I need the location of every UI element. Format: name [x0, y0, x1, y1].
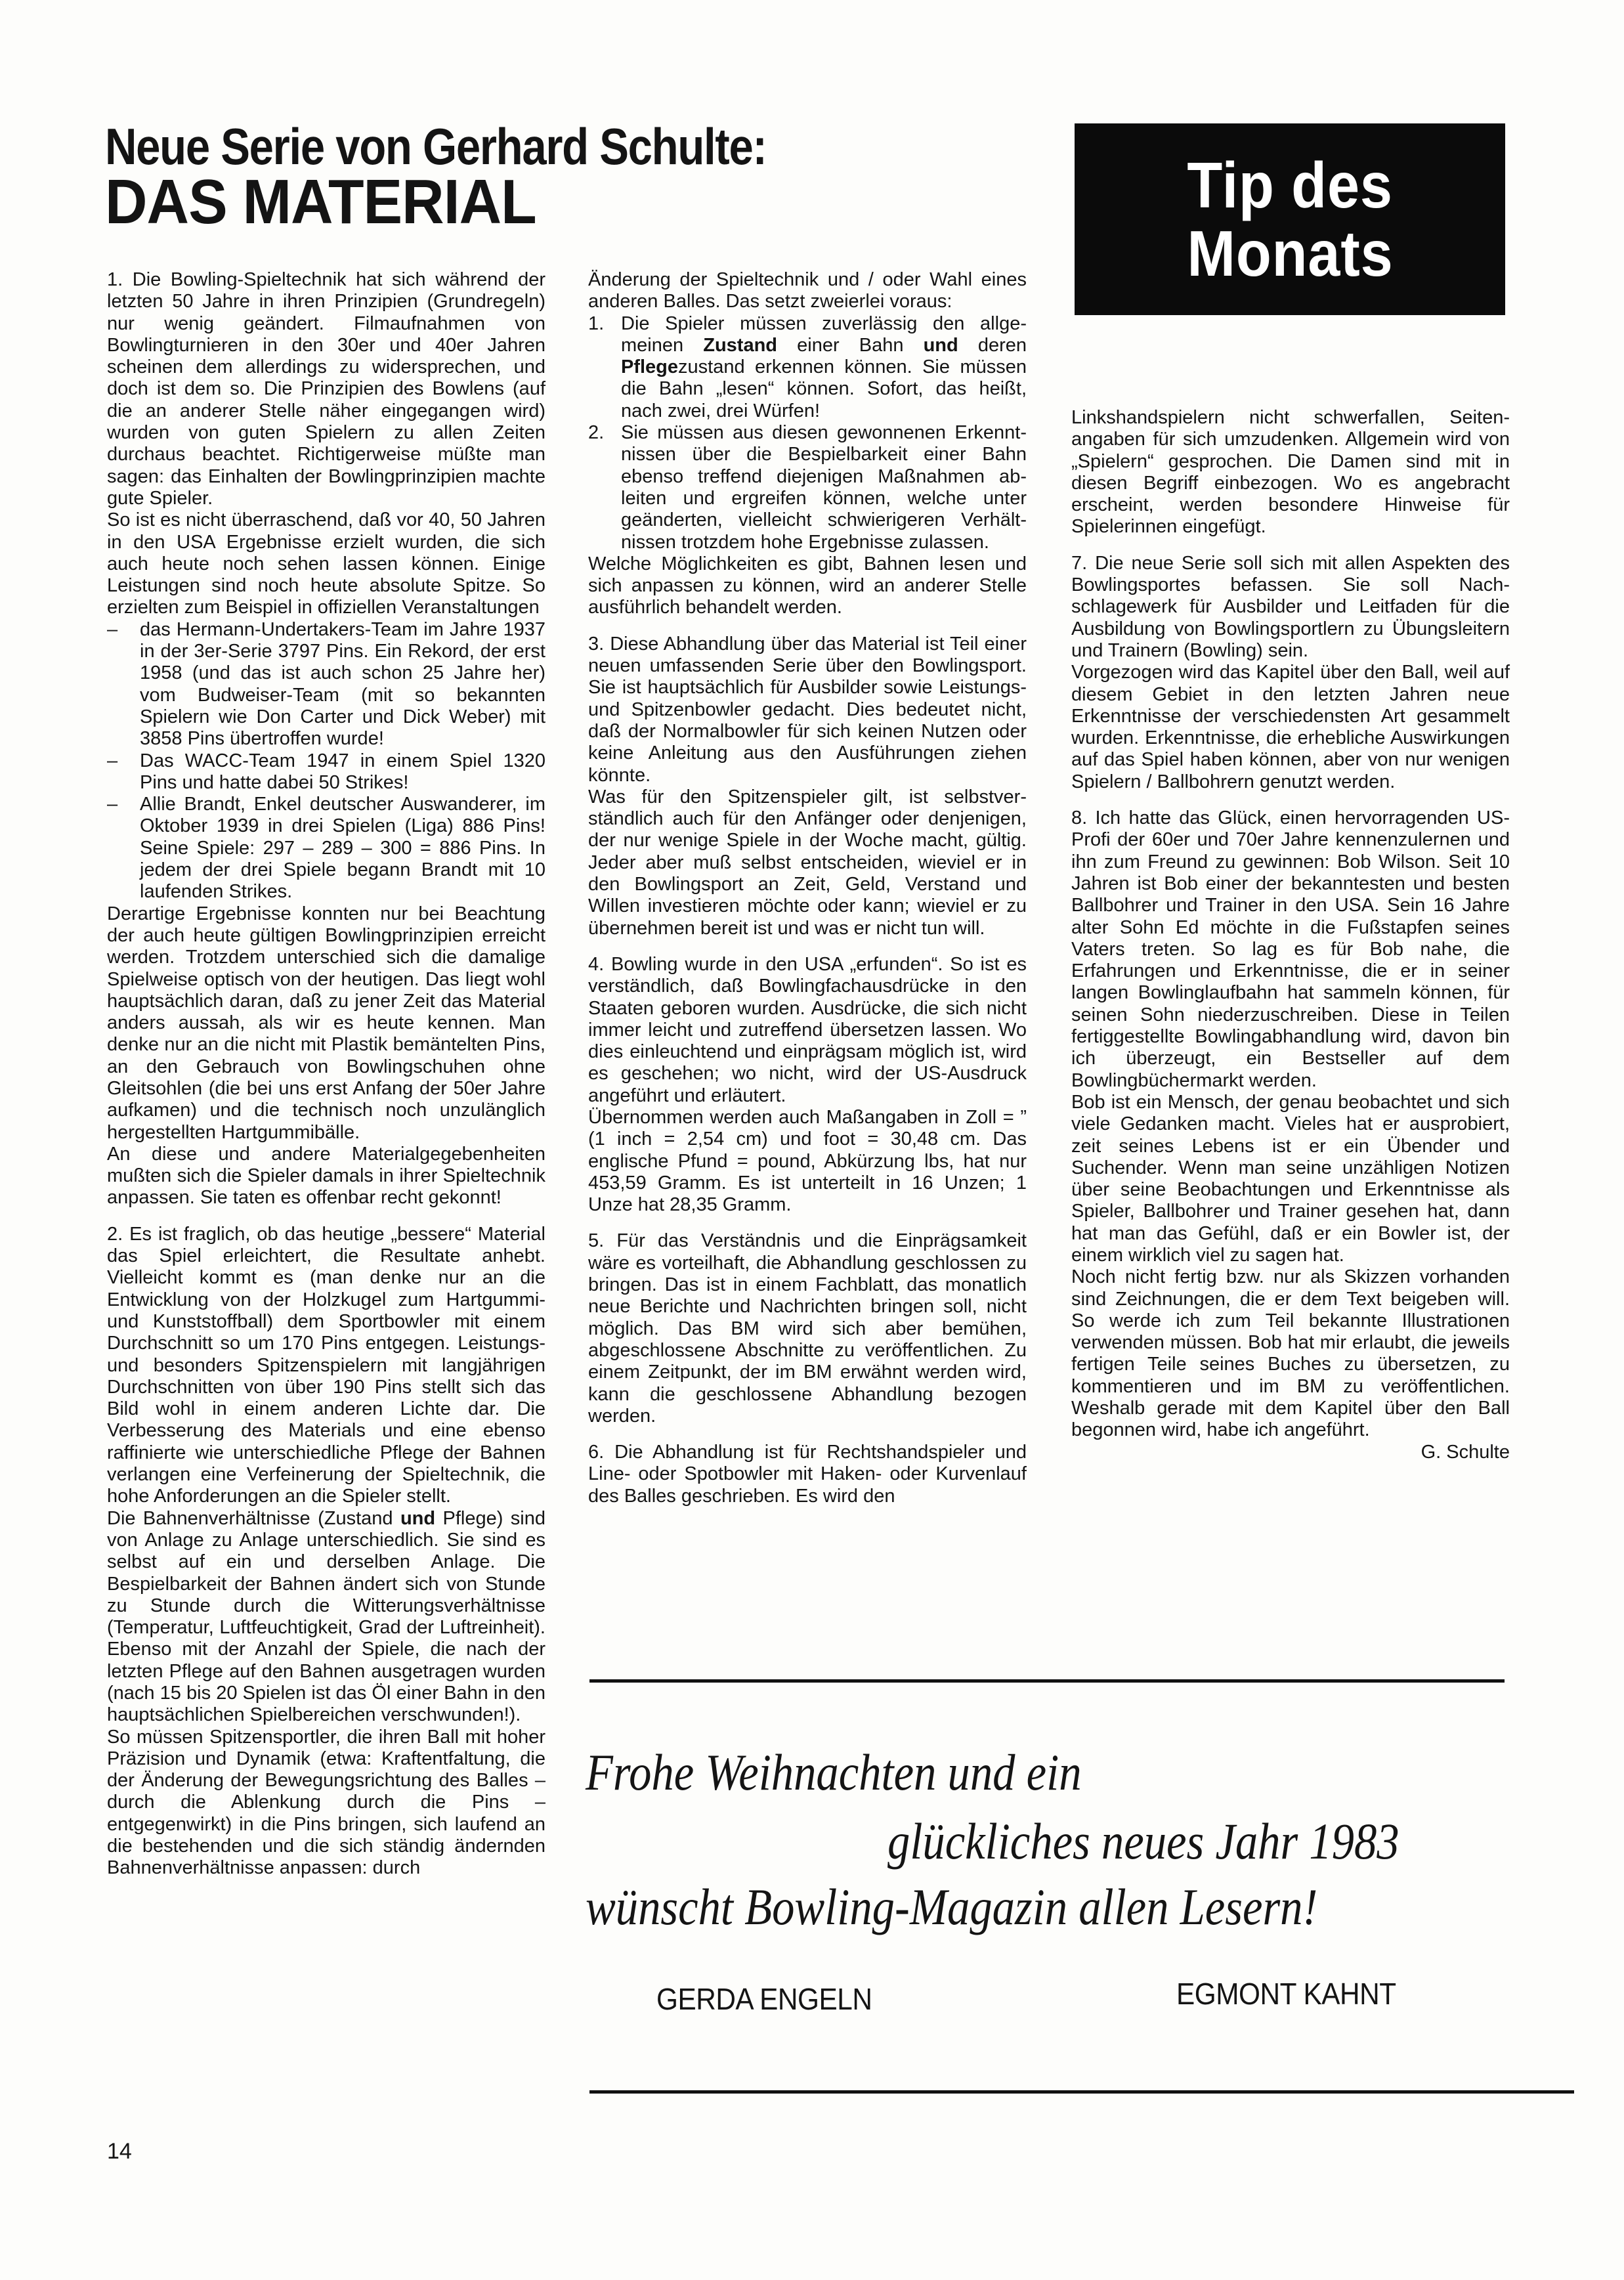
numbered-item: 1. Die Spieler müssen zuverlässig den al…: [588, 313, 1027, 422]
greeting-line-3: wünscht Bowling-Magazin allen Lesern!: [586, 1878, 1317, 1937]
page-number: 14: [107, 2139, 132, 2164]
article-column-1: 1. Die Bowling-Spieltechnik hat sich wäh…: [107, 269, 545, 1880]
list-item: – Allie Brandt, Enkel deutscher Auswande…: [107, 794, 545, 903]
list-item-text: das Hermann-Undertakers-Team im Jahre 19…: [140, 619, 545, 750]
paragraph-6: Übernommen werden auch Maßangaben in Zol…: [588, 1107, 1027, 1216]
article-column-3: Linkshandspielern nicht schwerfallen, Se…: [1071, 407, 1510, 1463]
list-item: – Das WACC-Team 1947 in einem Spiel 1320…: [107, 750, 545, 794]
list-item-text: Allie Brandt, Enkel deutscher Auswandere…: [140, 794, 545, 903]
number-marker: 1.: [588, 313, 621, 422]
tip-box-line2: Monats: [1187, 219, 1393, 288]
paragraph-1: Linkshandspielern nicht schwerfallen, Se…: [1071, 407, 1510, 538]
greeting-line-2: glückliches neues Jahr 1983: [887, 1812, 1400, 1871]
list-item-text: Das WACC-Team 1947 in einem Spiel 1320 P…: [140, 750, 545, 794]
bold-run: und: [400, 1508, 435, 1529]
paragraph-section-7: 7. Die neue Serie soll sich mit allen As…: [1071, 553, 1510, 662]
divider-bottom: [589, 2090, 1574, 2094]
paragraph-section-4: 4. Bowling wurde in den USA „erfunden“. …: [588, 954, 1027, 1107]
paragraph-section-2: 2. Es ist fraglich, ob das heutige „bess…: [107, 1224, 545, 1508]
paragraph-7: So müssen Spitzensportler, die ihren Bal…: [107, 1727, 545, 1880]
signatory-left: GERDA ENGELN: [656, 1981, 872, 2017]
article-title: DAS MATERIAL: [105, 169, 536, 235]
paragraph-3: Derartige Ergebnisse konnten nur bei Bea…: [107, 903, 545, 1144]
text-run: zustand erkennen können. Sie müssen die …: [621, 356, 1027, 421]
tip-des-monats-box: Tip des Monats: [1075, 123, 1505, 315]
dash-marker: –: [107, 794, 140, 903]
bold-run: und: [924, 335, 958, 356]
numbered-item-text: Sie müssen aus diesen gewonnenen Erkennt…: [621, 422, 1027, 553]
paragraph-section-8: 8. Ich hatte das Glück, einen hervorrage…: [1071, 807, 1510, 1092]
bold-run: Zustand: [703, 335, 777, 356]
text-run: Die Bahnenverhältnisse (Zustand: [107, 1508, 400, 1529]
tip-box-line1: Tip des: [1187, 151, 1392, 219]
paragraph-3: Vorgezogen wird das Kapitel über den Bal…: [1071, 662, 1510, 793]
dash-marker: –: [107, 619, 140, 750]
number-marker: 2.: [588, 422, 621, 553]
bold-run: Pflege: [621, 356, 678, 377]
paragraph-4: Was für den Spitzenspieler gilt, ist sel…: [588, 786, 1027, 939]
paragraph-section-5: 5. Für das Verständnis und die Einprägsa…: [588, 1230, 1027, 1427]
author-signature: G. Schulte: [1071, 1442, 1510, 1463]
paragraph-1: 1. Die Bowling-Spieltechnik hat sich wäh…: [107, 269, 545, 509]
paragraph-6: Noch nicht fertig bzw. nur als Skizzen v…: [1071, 1266, 1510, 1441]
paragraph-2: So ist es nicht überraschend, daß vor 40…: [107, 509, 545, 618]
paragraph-5: Bob ist ein Mensch, der genau beobachtet…: [1071, 1092, 1510, 1266]
dash-marker: –: [107, 750, 140, 794]
paragraph-4: An diese und andere Materialgegebenheite…: [107, 1144, 545, 1209]
paragraph-6: Die Bahnenverhältnisse (Zustand und Pfle…: [107, 1508, 545, 1727]
signatory-right: EGMONT KAHNT: [1176, 1976, 1396, 2011]
paragraph-section-3: 3. Diese Abhandlung über das Material is…: [588, 634, 1027, 786]
greeting-line-1: Frohe Weihnachten und ein: [586, 1743, 1082, 1802]
numbered-item-text: Die Spieler müssen zuverlässig den allge…: [621, 313, 1027, 422]
divider-top: [589, 1679, 1505, 1683]
text-run: deren: [958, 335, 1027, 356]
paragraph-1: Änderung der Spieltechnik und / oder Wah…: [588, 269, 1027, 313]
list-item: – das Hermann-Undertakers-Team im Jahre …: [107, 619, 545, 750]
paragraph-section-6: 6. Die Abhandlung ist für Rechtshandspie…: [588, 1442, 1027, 1507]
article-column-2: Änderung der Spieltechnik und / oder Wah…: [588, 269, 1027, 1507]
numbered-item: 2. Sie müssen aus diesen gewonnenen Erke…: [588, 422, 1027, 553]
text-run: Pflege) sind von Anlage zu Anlage unters…: [107, 1508, 545, 1726]
text-run: einer Bahn: [777, 335, 924, 356]
paragraph-2: Welche Möglichkeiten es gibt, Bahnen les…: [588, 553, 1027, 619]
